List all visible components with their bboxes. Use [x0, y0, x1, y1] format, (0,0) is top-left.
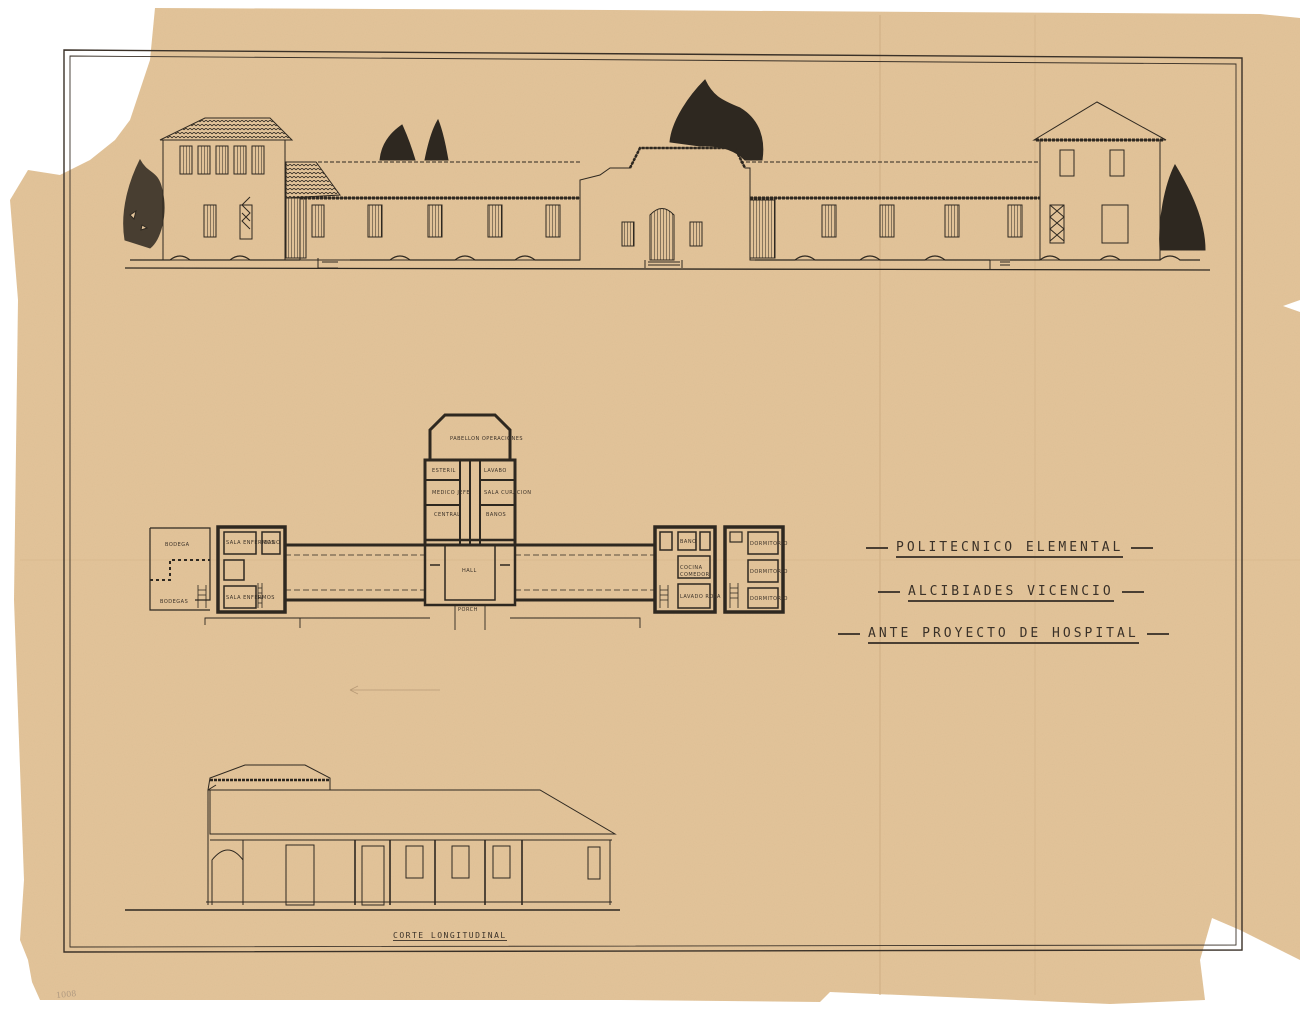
title-dash: [866, 547, 888, 549]
room-label: Sala Curacion: [484, 490, 532, 496]
room-label: Bodega: [165, 542, 190, 548]
room-label: Hall: [462, 568, 477, 574]
room-label: Bano: [264, 540, 281, 546]
room-label: Porch: [458, 607, 478, 613]
room-label: Medico Jefe: [432, 490, 470, 496]
room-label: Dormitorio: [750, 569, 788, 575]
title-dash: [878, 591, 900, 593]
title-dash: [1147, 633, 1169, 635]
drawing-canvas: [0, 0, 1300, 1014]
room-label: Dormitorio: [750, 596, 788, 602]
title-line-1: Politecnico Elemental: [858, 540, 1161, 555]
title-dash: [838, 633, 860, 635]
section-caption: Corte Longitudinal: [393, 931, 507, 941]
room-label: Lavabo: [484, 468, 507, 474]
title-dash: [1131, 547, 1153, 549]
room-label: Cocina: [680, 565, 703, 571]
room-label: Lavado Ropa: [680, 594, 721, 600]
room-label: Central: [434, 512, 460, 518]
room-label: Banos: [486, 512, 506, 518]
room-label: Bodegas: [160, 599, 188, 605]
room-label: Comedor: [680, 572, 710, 578]
title-dash: [1122, 591, 1144, 593]
room-label: Esteril: [432, 468, 456, 474]
room-label: Pabellon Operaciones: [450, 436, 523, 442]
drawing-sheet: Politecnico Elemental Alcibiades Vicenci…: [0, 0, 1300, 1014]
title-line-3: Ante Proyecto de Hospital: [830, 626, 1177, 641]
room-label: Bano: [680, 539, 697, 545]
room-label: Dormitorio: [750, 541, 788, 547]
title-line-2: Alcibiades Vicencio: [870, 584, 1152, 599]
room-label: Sala Enfermos: [226, 595, 275, 601]
